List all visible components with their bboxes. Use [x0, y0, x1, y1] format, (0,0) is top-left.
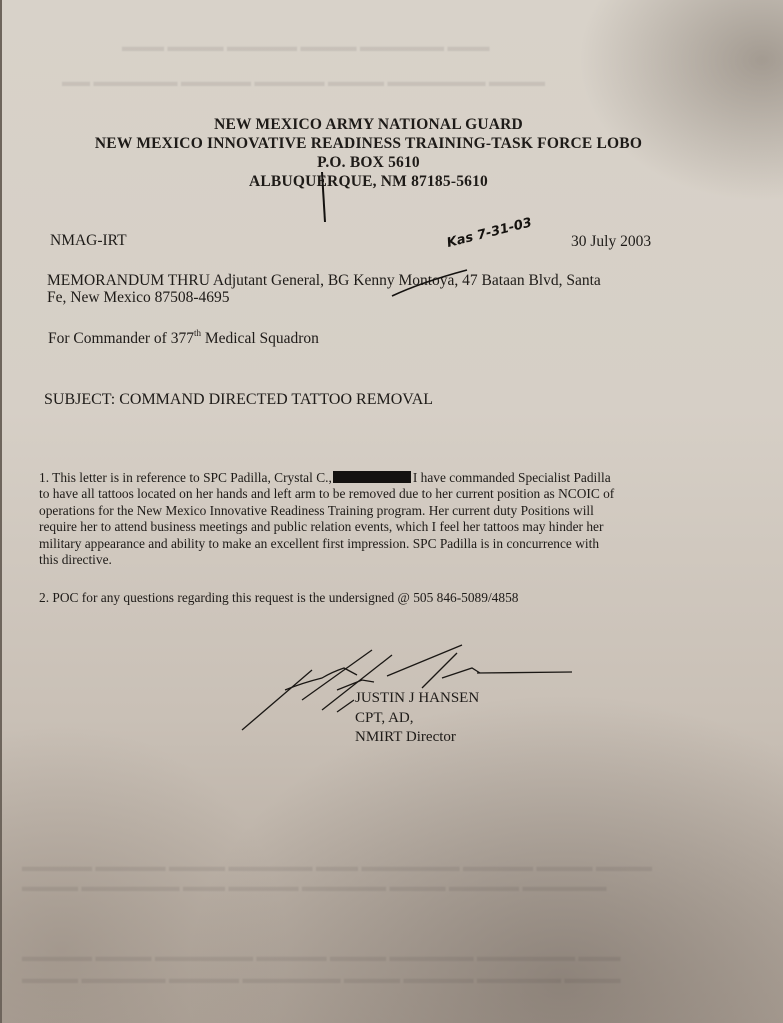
paragraph-1-text-after-redaction: I have commanded Specialist Padilla [413, 470, 611, 485]
office-symbol: NMAG-IRT [50, 232, 127, 250]
signer-name: JUSTIN J HANSEN [355, 689, 479, 709]
paragraph-1-text-before-redaction: 1. This letter is in reference to SPC Pa… [39, 470, 332, 485]
for-suffix: Medical Squadron [201, 330, 319, 347]
signature-block: JUSTIN J HANSEN CPT, AD, NMIRT Director [355, 689, 479, 748]
paragraph-1-line-4: require her to attend business meetings … [39, 519, 699, 535]
bleed-through-text: ▬▬ ▬▬▬▬▬▬ ▬▬▬▬▬ ▬▬▬▬▬ ▬▬▬▬ ▬▬▬▬▬▬▬ ▬▬▬▬ [62, 75, 545, 91]
paragraph-1: 1. This letter is in reference to SPC Pa… [39, 470, 699, 568]
paragraph-1-line-5: military appearance and ability to make … [39, 536, 699, 552]
memo-date: 30 July 2003 [571, 233, 651, 251]
signer-title: NMIRT Director [355, 728, 479, 748]
paragraph-2: 2. POC for any questions regarding this … [39, 590, 699, 606]
paragraph-1-line-1: 1. This letter is in reference to SPC Pa… [39, 470, 699, 486]
bleed-through-text: ▬▬▬▬ ▬▬▬▬▬▬▬ ▬▬▬ ▬▬▬▬▬ ▬▬▬▬▬▬ ▬▬▬▬ ▬▬▬▬▬… [22, 880, 607, 896]
document-page: ▬▬▬ ▬▬▬▬ ▬▬▬▬▬ ▬▬▬▬ ▬▬▬▬▬▬ ▬▬▬ ▬▬ ▬▬▬▬▬▬… [0, 0, 783, 1023]
signer-rank: CPT, AD, [355, 709, 479, 729]
paragraph-1-line-2: to have all tattoos located on her hands… [39, 486, 699, 502]
letterhead-city: ALBUQUERQUE, NM 87185-5610 [2, 172, 735, 191]
bleed-through-text: ▬▬▬▬ ▬▬▬▬▬▬ ▬▬▬▬▬ ▬▬▬▬▬▬▬ ▬▬▬▬ ▬▬▬▬▬ ▬▬▬… [22, 972, 621, 988]
for-commander-line: For Commander of 377th Medical Squadron [48, 328, 319, 348]
paragraph-1-line-3: operations for the New Mexico Innovative… [39, 503, 699, 519]
letterhead-po-box: P.O. BOX 5610 [2, 153, 735, 172]
paragraph-1-line-6: this directive. [39, 552, 699, 568]
ordinal-suffix: th [194, 328, 201, 338]
bleed-through-text: ▬▬▬▬▬ ▬▬▬▬ ▬▬▬▬▬▬▬ ▬▬▬▬▬ ▬▬▬▬ ▬▬▬▬▬▬ ▬▬▬… [22, 950, 621, 966]
bleed-through-text: ▬▬▬ ▬▬▬▬ ▬▬▬▬▬ ▬▬▬▬ ▬▬▬▬▬▬ ▬▬▬ [122, 40, 490, 56]
letterhead-org: NEW MEXICO ARMY NATIONAL GUARD [2, 115, 735, 134]
memorandum-thru-line-1: MEMORANDUM THRU Adjutant General, BG Ken… [47, 272, 601, 290]
for-prefix: For Commander of 377 [48, 330, 194, 347]
bleed-through-text: ▬▬▬▬▬ ▬▬▬▬▬ ▬▬▬▬ ▬▬▬▬▬▬ ▬▬▬ ▬▬▬▬▬▬▬ ▬▬▬▬… [22, 860, 652, 876]
paragraph-2-line: 2. POC for any questions regarding this … [39, 590, 699, 606]
subject-line: SUBJECT: COMMAND DIRECTED TATTOO REMOVAL [44, 391, 433, 409]
memorandum-thru-line-2: Fe, New Mexico 87508-4695 [47, 289, 230, 307]
handwritten-initials: Kas 7-31-03 [445, 215, 533, 251]
letterhead-unit: NEW MEXICO INNOVATIVE READINESS TRAINING… [2, 134, 735, 153]
redaction-bar [333, 471, 411, 483]
letterhead: NEW MEXICO ARMY NATIONAL GUARD NEW MEXIC… [2, 115, 735, 191]
